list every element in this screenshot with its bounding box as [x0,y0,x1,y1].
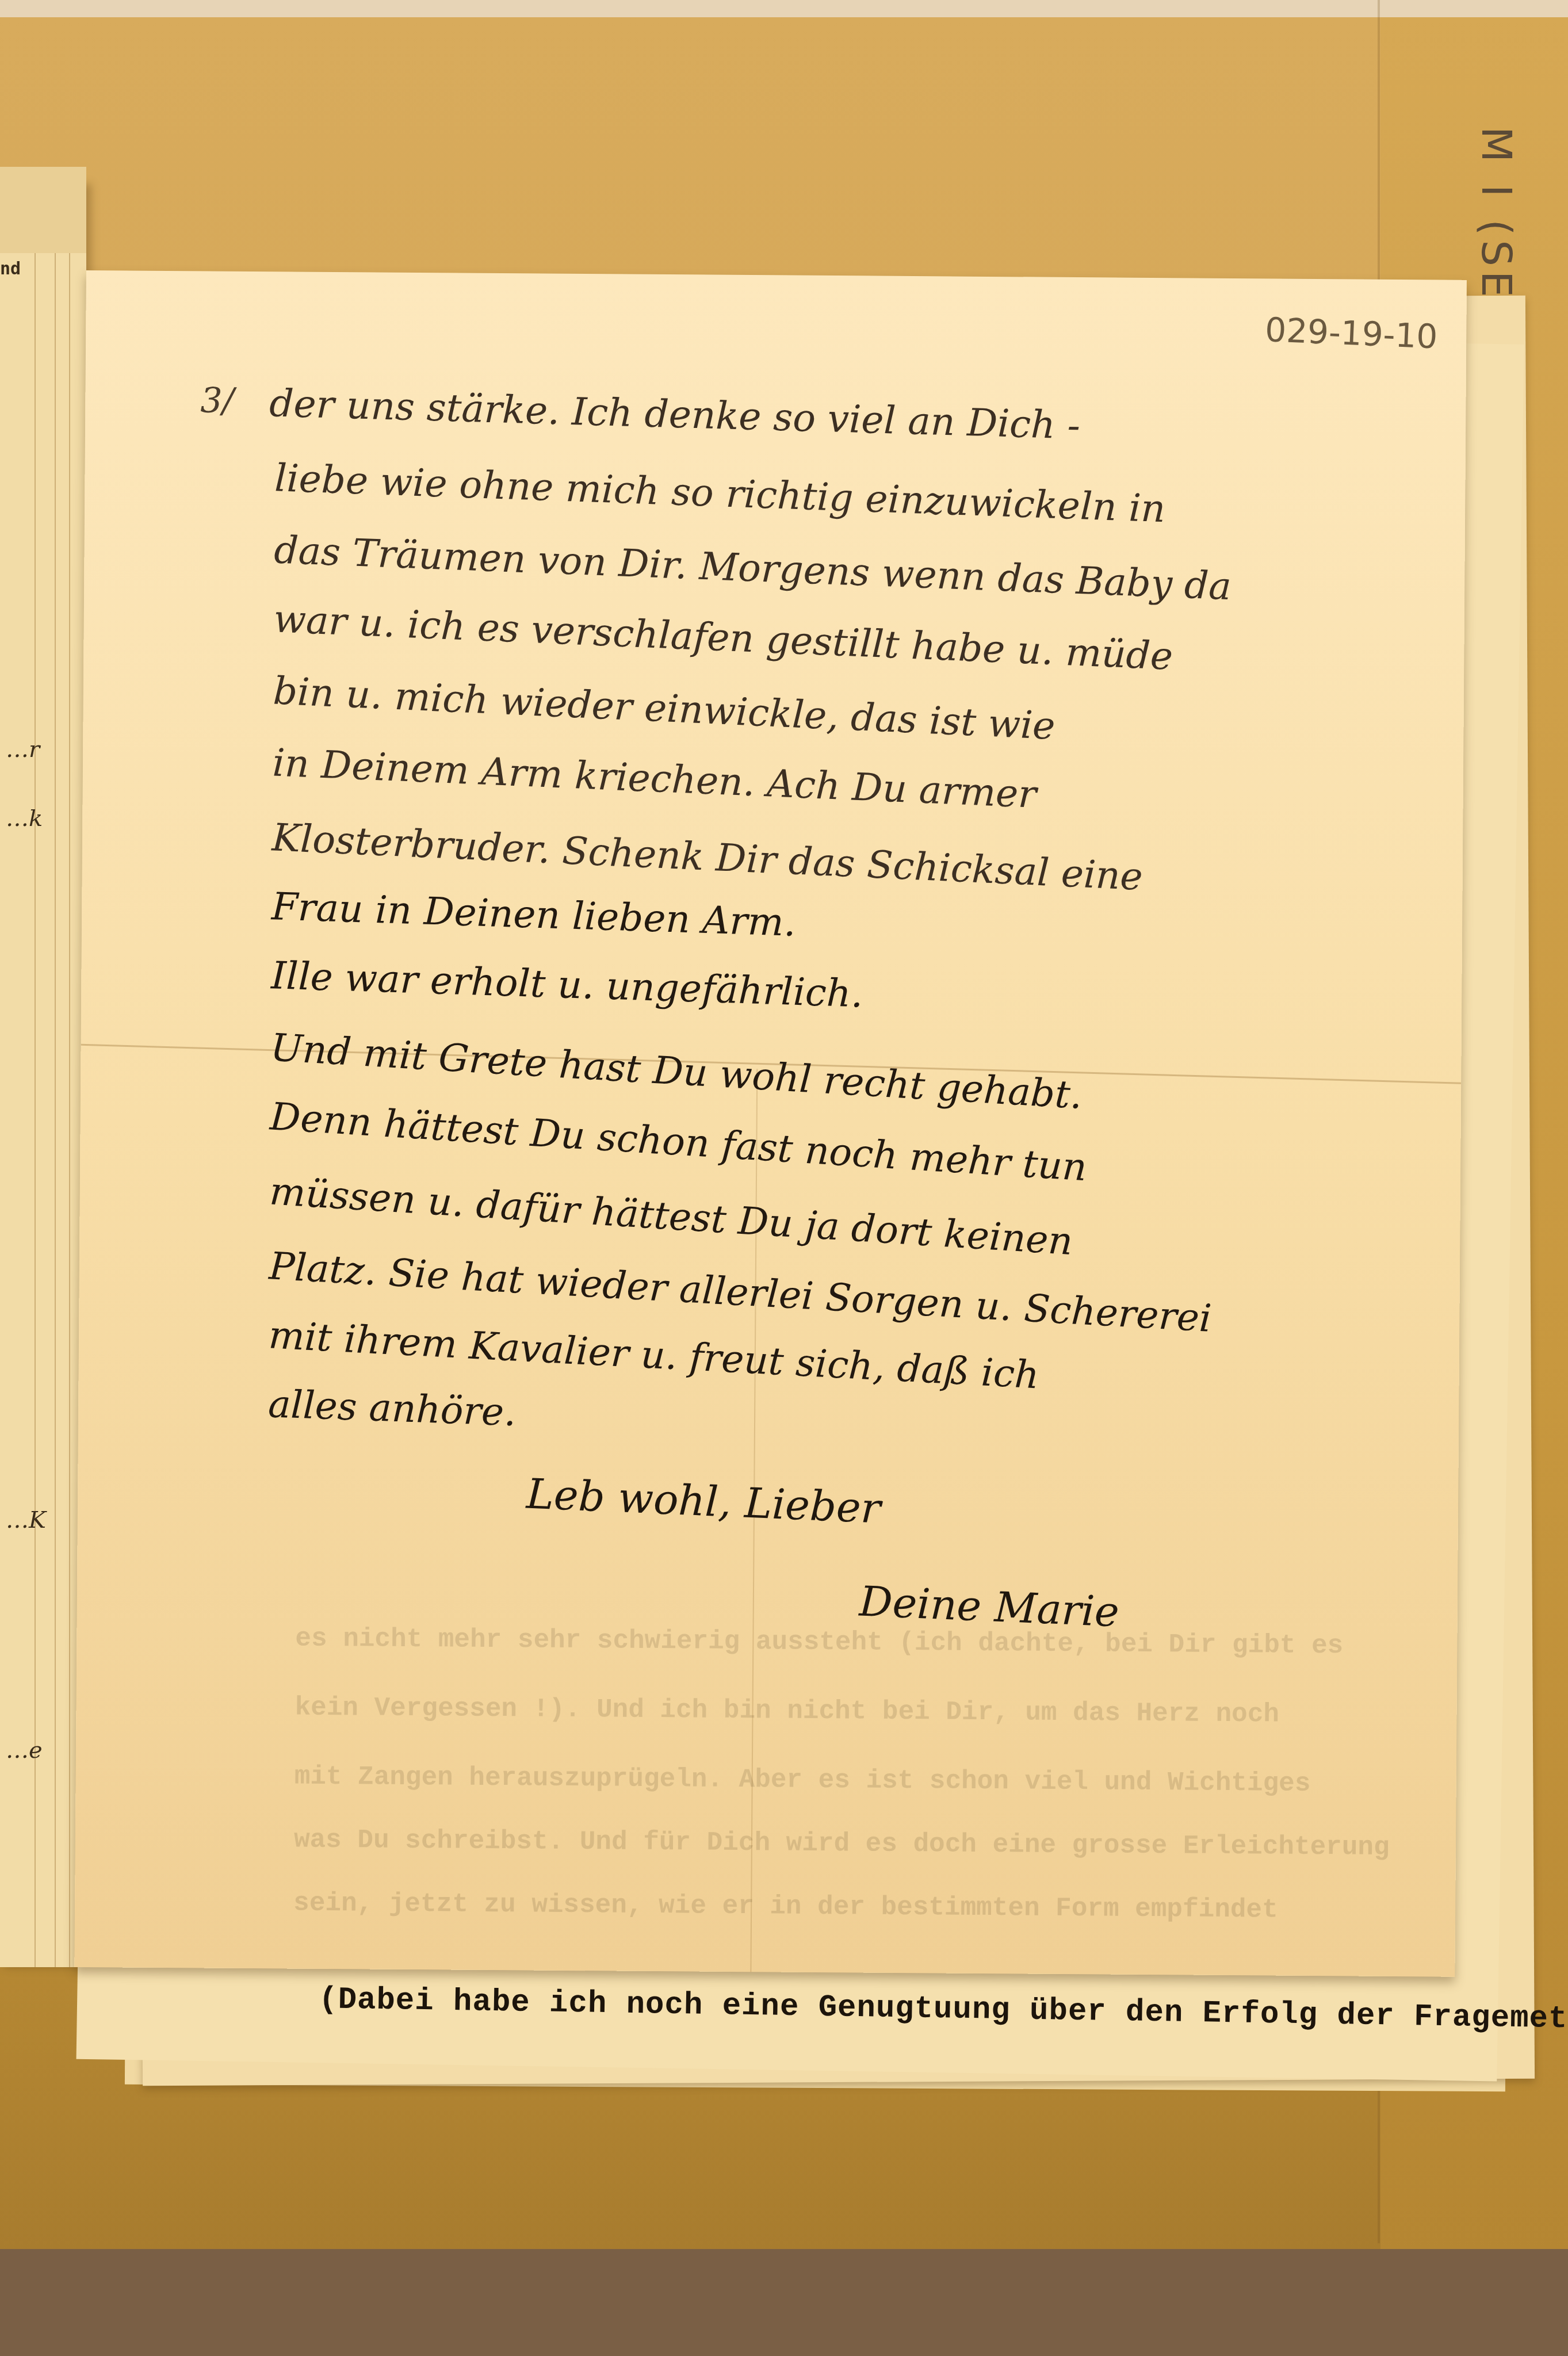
letter-line: das Träumen von Dir. Morgens wenn das Ba… [273,527,1232,609]
bleed-through-text: kein Vergessen !). Und ich bin nicht bei… [295,1693,1279,1730]
letter-line: war u. ich es verschlafen gestillt habe … [273,596,1173,678]
letter-line: bin u. mich wieder einwickle, das ist wi… [272,668,1056,748]
letter-line: mit ihrem Kavalier u. freut sich, daß ic… [267,1313,1040,1397]
closing-salutation: Leb wohl, Lieber [526,1470,882,1533]
typed-line: (Dabei habe ich noch eine Genugtuung übe… [319,1982,1568,2038]
handwriting-fragment: …e [6,1737,43,1764]
letter-line: müssen u. dafür hättest Du ja dort keine… [268,1169,1074,1264]
letter-line: in Deinem Arm kriechen. Ach Du armer [271,740,1037,817]
letter-line: Klosterbruder. Schenk Dir das Schicksal … [271,815,1144,899]
handwriting-fragment: …K [6,1507,46,1533]
letter-line: der uns stärke. Ich denke so viel an Dic… [269,381,1081,448]
bleed-through-text: sein, jetzt zu wissen, wie er in der bes… [293,1888,1278,1925]
letter-line: liebe wie ohne mich so richtig einzuwick… [274,456,1166,531]
letter-line: alles anhöre. [267,1382,517,1435]
bleed-through-text: mit Zangen herauszuprügeln. Aber es ist … [295,1762,1311,1799]
handwriting-fragment: …k [6,805,43,832]
archive-number: 029-19-10 [1264,310,1439,357]
bleed-through-text: es nicht mehr sehr schwierig aussteht (i… [295,1624,1343,1661]
handwriting-fragment: …r [6,736,40,763]
letter-line: Ille war erholt u. ungefährlich. [270,953,863,1016]
page-number: 3/ [200,380,234,420]
left-typed-card: nd [0,167,86,253]
left-document-stack: …r …k …K …e [0,184,86,1967]
handwritten-letter: es nicht mehr sehr schwierig aussteht (i… [74,270,1467,1977]
bleed-through-text: was Du schreibst. Und für Dich wird es d… [294,1825,1390,1862]
letter-line: Frau in Deinen lieben Arm. [271,884,797,945]
card-text-fragment: nd [0,259,21,279]
